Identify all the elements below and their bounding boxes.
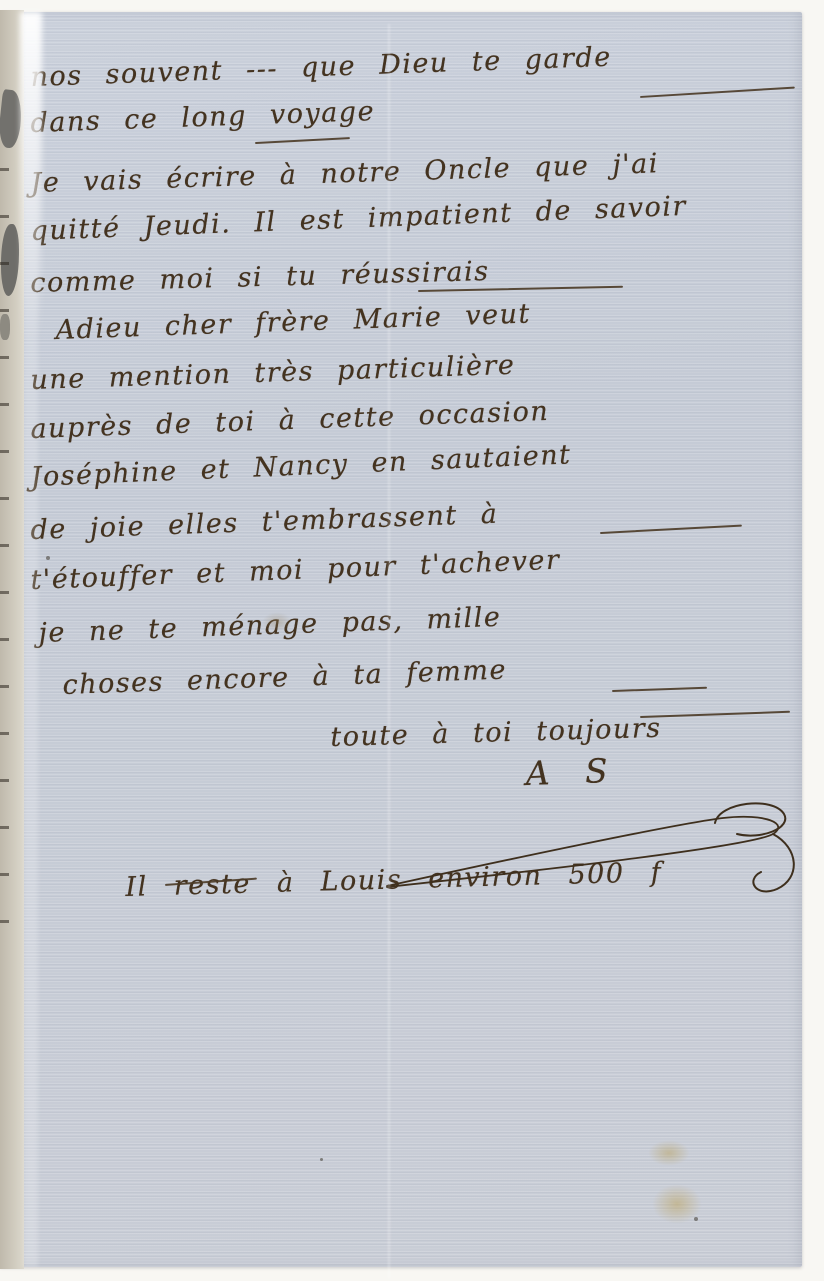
fold-crease (388, 24, 390, 1279)
handwritten-line: Je vais écrire à notre Oncle que j'ai (30, 148, 659, 199)
letter-scan: nos souvent --- que Dieu te garde dans c… (0, 0, 824, 1281)
ink-speck (694, 1217, 698, 1221)
pen-stroke (612, 687, 707, 692)
handwritten-line: t'étouffer et moi pour t'achever (30, 545, 561, 596)
handwritten-line: de joie elles t'embrassent à (30, 499, 499, 546)
handwritten-line: Adieu cher frère Marie veut (55, 298, 531, 346)
handwritten-line: Joséphine et Nancy en sautaient (30, 439, 572, 493)
handwritten-line: une mention très particulière (30, 350, 516, 396)
stain (648, 1140, 690, 1166)
edge-highlight (24, 12, 38, 1267)
handwritten-line: comme moi si tu réussirais (30, 256, 490, 299)
handwritten-line: quitté Jeudi. Il est impatient de savoir (30, 191, 687, 247)
pen-stroke (255, 137, 350, 143)
letter-page: nos souvent --- que Dieu te garde dans c… (0, 12, 802, 1267)
ink-speck (46, 556, 50, 560)
signature-flourish (375, 790, 805, 900)
handwritten-line: auprès de toi à cette occasion (30, 396, 550, 445)
pen-stroke (600, 525, 742, 534)
pen-stroke (640, 711, 790, 718)
ink-speck (320, 1158, 323, 1161)
handwritten-line: choses encore à ta femme (62, 654, 507, 700)
handwritten-line: nos souvent --- que Dieu te garde (30, 42, 612, 93)
stain (262, 612, 292, 632)
handwritten-line: dans ce long voyage (30, 96, 376, 139)
signature-initials: A S (525, 751, 614, 793)
edge-line-marks (0, 168, 9, 948)
closing-line: toute à toi toujours (330, 713, 662, 753)
pen-stroke (640, 87, 795, 98)
